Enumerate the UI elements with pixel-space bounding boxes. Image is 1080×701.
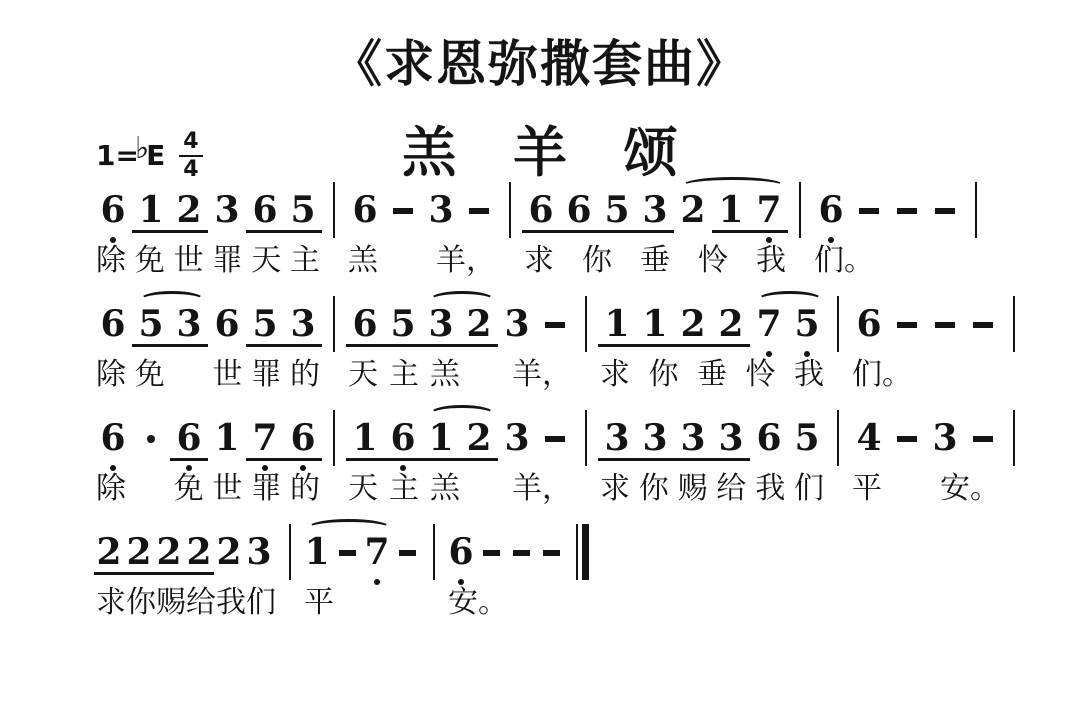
music-system: 612365除免世罪天主63羔 羊，6653217求你垂怜我6们。 xyxy=(88,190,1070,278)
note-digit: 6 xyxy=(346,304,384,344)
octave-dot-low xyxy=(400,465,406,471)
note: 3 xyxy=(636,190,674,230)
note-digit: 3 xyxy=(498,418,536,458)
note: 3 xyxy=(244,532,274,572)
beam-group: 11 xyxy=(598,304,674,347)
lyric-syllable: 羔 xyxy=(430,358,460,392)
lyric-syllable: 你 xyxy=(582,244,612,278)
music-system: 653653除免 世罪的65323天主羔 羊，112275求你垂怜我6们。 xyxy=(88,304,1070,392)
lyric-syllable: 安。 xyxy=(448,586,508,620)
final-barline xyxy=(576,524,589,580)
barline xyxy=(799,182,801,238)
barline xyxy=(333,410,335,466)
lyric-syllable: 的 xyxy=(290,358,320,392)
note-digit: 6 xyxy=(750,418,788,458)
note-digit: 6 xyxy=(812,190,850,230)
dash-sustain xyxy=(332,532,362,572)
note-digit: 2 xyxy=(460,418,498,458)
note: 6 xyxy=(750,418,788,458)
page-title: 《求恩弥撒套曲》 xyxy=(0,0,1080,96)
lyric-syllable: 平 xyxy=(852,472,882,506)
note-digit: 3 xyxy=(170,304,208,344)
note: 6 xyxy=(446,532,476,572)
lyric-syllable: 赐 xyxy=(156,586,186,620)
note-digit: 6 xyxy=(446,532,476,572)
dash-mark xyxy=(513,550,530,556)
measure: 112275求你垂怜我 xyxy=(592,304,832,392)
note-digit: 2 xyxy=(214,532,244,572)
note: 3 xyxy=(498,304,536,344)
notes-row: 16123 xyxy=(346,418,574,458)
note-digit: 2 xyxy=(94,532,124,572)
measure: 6们。 xyxy=(844,304,1008,392)
note: 3 xyxy=(170,304,208,344)
barline xyxy=(837,296,839,352)
measure: 612365除免世罪天主 xyxy=(88,190,328,278)
notes-row: 6653217 xyxy=(522,190,788,230)
note-digit: 6 xyxy=(384,418,422,458)
note: 3 xyxy=(208,190,246,230)
lyric-syllable: 求 xyxy=(600,358,630,392)
lyric-line: 求你垂怜我 xyxy=(522,244,788,278)
lyric-syllable: 罪 xyxy=(251,472,281,506)
note-digit: 3 xyxy=(926,418,964,458)
note: 5 xyxy=(284,190,322,230)
note: 7 xyxy=(750,190,788,230)
beam-group: 16 xyxy=(346,418,422,461)
dash-mark xyxy=(973,322,993,328)
lyric-syllable: 除 xyxy=(96,244,126,278)
lyric-syllable xyxy=(135,472,165,506)
note: 2 xyxy=(124,532,154,572)
beam-group: 53 xyxy=(246,304,322,347)
lyric-syllable: 垂 xyxy=(697,358,727,392)
dash-sustain xyxy=(850,190,888,230)
dash-mark xyxy=(935,208,955,214)
dash-sustain xyxy=(536,532,566,572)
lyric-syllable: 的 xyxy=(290,472,320,506)
note-digit: 3 xyxy=(636,190,674,230)
octave-dot-low xyxy=(458,579,464,585)
lyric-syllable: 我 xyxy=(755,472,785,506)
notes-row: 65323 xyxy=(346,304,574,344)
note-digit: 5 xyxy=(246,304,284,344)
note-digit: 5 xyxy=(384,304,422,344)
dash-mark xyxy=(543,550,560,556)
note-digit: 3 xyxy=(674,418,712,458)
notes-row: 6 xyxy=(812,190,964,230)
dash-sustain xyxy=(964,304,1002,344)
note-digit: 6 xyxy=(522,190,560,230)
note-digit: 5 xyxy=(598,190,636,230)
beam-group: 53 xyxy=(132,304,208,347)
lyric-syllable: 免 xyxy=(174,472,204,506)
dash-sustain xyxy=(888,304,926,344)
note: 6 xyxy=(812,190,850,230)
measure: 6们。 xyxy=(806,190,970,278)
note: 6 xyxy=(560,190,598,230)
note-digit: 6 xyxy=(284,418,322,458)
lyric-syllable: 罪 xyxy=(251,358,281,392)
note: 1 xyxy=(208,418,246,458)
lyric-syllable: 安。 xyxy=(940,472,1000,506)
slur-arc xyxy=(758,291,823,308)
slur-arc xyxy=(430,291,495,308)
barline xyxy=(333,182,335,238)
notes-row: 222223 xyxy=(94,532,278,572)
dash-mark xyxy=(393,208,413,214)
lyric-syllable: 羊， xyxy=(436,244,496,278)
beam-group: 6 xyxy=(170,418,208,461)
dash-sustain xyxy=(926,304,964,344)
note-digit: 5 xyxy=(788,418,826,458)
note: 6 xyxy=(246,190,284,230)
dash-mark xyxy=(973,436,993,442)
octave-dot-low xyxy=(766,237,772,243)
slur-arc xyxy=(682,177,785,194)
dash-sustain xyxy=(926,190,964,230)
lyric-syllable: 天 xyxy=(251,244,281,278)
note: 1 xyxy=(302,532,332,572)
beam-group: 22 xyxy=(154,532,214,575)
lyric-syllable: 们。 xyxy=(852,358,912,392)
dash-mark xyxy=(897,436,917,442)
octave-dot-low xyxy=(186,465,192,471)
note: 1 xyxy=(636,304,674,344)
measure: 65323天主羔 羊， xyxy=(340,304,580,392)
lyric-syllable: 羔 xyxy=(430,472,460,506)
lyric-syllable: 求 xyxy=(96,586,126,620)
dash-sustain xyxy=(476,532,506,572)
measure: 63羔 羊， xyxy=(340,190,504,278)
note-digit: 7 xyxy=(750,304,788,344)
beam-group: 65 xyxy=(346,304,422,347)
beam-group: 33 xyxy=(674,418,750,461)
lyric-syllable: 你 xyxy=(639,472,669,506)
note: 2 xyxy=(154,532,184,572)
note: 2 xyxy=(674,190,712,230)
lyric-syllable: 世 xyxy=(174,244,204,278)
note-digit: 3 xyxy=(208,190,246,230)
note: 6 xyxy=(346,190,384,230)
lyric-syllable: 给 xyxy=(186,586,216,620)
note: 2 xyxy=(170,190,208,230)
note: 6 xyxy=(850,304,888,344)
note-digit: 6 xyxy=(170,418,208,458)
lyric-line: 平 安。 xyxy=(850,472,1002,506)
measure: 66176除 免世罪的 xyxy=(88,418,328,506)
note: 6 xyxy=(94,418,132,458)
lyric-syllable: 怜 xyxy=(746,358,776,392)
lyric-syllable: 羊， xyxy=(512,472,572,506)
note-digit: 1 xyxy=(712,190,750,230)
dash-sustain xyxy=(888,418,926,458)
note: 2 xyxy=(94,532,124,572)
notes-row: 653653 xyxy=(94,304,322,344)
note: 3 xyxy=(422,190,460,230)
lyric-line: 求你垂怜我 xyxy=(598,358,826,392)
note-digit: 6 xyxy=(346,190,384,230)
note: 1 xyxy=(422,418,460,458)
measure: 653653除免 世罪的 xyxy=(88,304,328,392)
barline xyxy=(333,296,335,352)
dash-sustain xyxy=(888,190,926,230)
note-digit: 6 xyxy=(850,304,888,344)
note-digit: 3 xyxy=(422,304,460,344)
final-barline-thin xyxy=(576,524,578,580)
lyric-line: 除免世罪天主 xyxy=(94,244,322,278)
dash-sustain xyxy=(506,532,536,572)
dash-sustain xyxy=(964,418,1002,458)
barline xyxy=(433,524,435,580)
note: 7 xyxy=(750,304,788,344)
note: 2 xyxy=(184,532,214,572)
note: 3 xyxy=(598,418,636,458)
lyric-syllable: 主 xyxy=(389,472,419,506)
lyric-syllable: 罪 xyxy=(212,244,242,278)
final-barline-thick xyxy=(582,524,589,580)
dash-mark xyxy=(545,322,565,328)
augmentation-dot xyxy=(132,418,170,458)
music-system: 66176除 免世罪的16123天主羔 羊，333365求你赐给我们43平 安。 xyxy=(88,418,1070,506)
note: 5 xyxy=(384,304,422,344)
lyric-syllable: 除 xyxy=(96,358,126,392)
lyric-syllable: 我 xyxy=(756,244,786,278)
note: 6 xyxy=(384,418,422,458)
lyric-line: 天主羔 羊， xyxy=(346,472,574,506)
octave-dot-low xyxy=(110,237,116,243)
note: 3 xyxy=(926,418,964,458)
lyric-syllable: 怜 xyxy=(698,244,728,278)
lyric-syllable: 平 xyxy=(304,586,334,620)
lyric-syllable xyxy=(471,358,501,392)
lyric-syllable: 赐 xyxy=(678,472,708,506)
lyric-syllable xyxy=(392,244,422,278)
notes-row: 112275 xyxy=(598,304,826,344)
note: 6 xyxy=(208,304,246,344)
lyric-syllable: 羊， xyxy=(512,358,572,392)
beam-group: 17 xyxy=(712,190,788,233)
lyric-line: 除免 世罪的 xyxy=(94,358,322,392)
dash-sustain xyxy=(536,304,574,344)
lyric-syllable: 们。 xyxy=(814,244,874,278)
score: 612365除免世罪天主63羔 羊，6653217求你垂怜我6们。653653除… xyxy=(88,190,1070,646)
note: 3 xyxy=(422,304,460,344)
lyric-syllable: 我 xyxy=(216,586,246,620)
notes-row: 66176 xyxy=(94,418,322,458)
lyric-syllable: 你 xyxy=(649,358,679,392)
note: 3 xyxy=(284,304,322,344)
note: 6 xyxy=(170,418,208,458)
slur-arc xyxy=(308,519,390,536)
measure: 43平 安。 xyxy=(844,418,1008,506)
lyric-line: 求你赐给我们 xyxy=(94,586,278,620)
note: 2 xyxy=(460,304,498,344)
note-digit: 5 xyxy=(788,304,826,344)
time-signature: 4 4 xyxy=(179,130,202,181)
lyric-syllable: 天 xyxy=(348,358,378,392)
note-digit: 2 xyxy=(674,304,712,344)
note-digit: 6 xyxy=(94,190,132,230)
measure: 333365求你赐给我们 xyxy=(592,418,832,506)
notes-row: 6 xyxy=(446,532,566,572)
notes-row: 63 xyxy=(346,190,498,230)
dash-mark xyxy=(399,550,416,556)
beam-group: 12 xyxy=(422,418,498,461)
note-digit: 3 xyxy=(498,304,536,344)
dash-mark xyxy=(897,208,917,214)
note-digit: 1 xyxy=(346,418,384,458)
beam-group: 53 xyxy=(598,190,674,233)
lyric-syllable: 垂 xyxy=(640,244,670,278)
beam-group: 66 xyxy=(522,190,598,233)
lyric-syllable: 给 xyxy=(716,472,746,506)
measure: 17平 xyxy=(296,532,428,620)
lyric-line: 们。 xyxy=(812,244,964,278)
note-digit: 3 xyxy=(598,418,636,458)
note: 2 xyxy=(214,532,244,572)
dash-sustain xyxy=(536,418,574,458)
note-digit: 1 xyxy=(636,304,674,344)
octave-dot-low xyxy=(110,465,116,471)
lyric-syllable: 主 xyxy=(290,244,320,278)
octave-dot-low xyxy=(300,465,306,471)
note-digit: 6 xyxy=(560,190,598,230)
lyric-line: 们。 xyxy=(850,358,1002,392)
barline xyxy=(585,410,587,466)
key-prefix: 1= xyxy=(96,139,139,172)
note-digit: 6 xyxy=(246,190,284,230)
lyric-line: 求你赐给我们 xyxy=(598,472,826,506)
note: 3 xyxy=(636,418,674,458)
octave-dot-low xyxy=(766,351,772,357)
note: 5 xyxy=(788,304,826,344)
lyric-line: 天主羔 羊， xyxy=(346,358,574,392)
lyric-line: 羔 羊， xyxy=(346,244,498,278)
dash-sustain xyxy=(392,532,422,572)
lyric-syllable: 求 xyxy=(600,472,630,506)
beam-group: 65 xyxy=(246,190,322,233)
note-digit: 1 xyxy=(302,532,332,572)
note-digit: 7 xyxy=(246,418,284,458)
music-system: 222223求你赐给我们17平6安。 xyxy=(88,532,1070,620)
slur-arc xyxy=(430,405,495,422)
note-digit: 1 xyxy=(598,304,636,344)
note-digit: 3 xyxy=(244,532,274,572)
note-digit: 2 xyxy=(124,532,154,572)
lyric-syllable: 羔 xyxy=(348,244,378,278)
dash-sustain xyxy=(460,190,498,230)
notes-row: 612365 xyxy=(94,190,322,230)
note-digit: 7 xyxy=(362,532,392,572)
note: 7 xyxy=(362,532,392,572)
time-signature-denominator: 4 xyxy=(179,157,202,181)
lyric-line: 安。 xyxy=(446,586,566,620)
lyric-syllable xyxy=(471,472,501,506)
lyric-syllable: 天 xyxy=(348,472,378,506)
notes-row: 43 xyxy=(850,418,1002,458)
lyric-syllable: 免 xyxy=(135,358,165,392)
flat-accidental-icon: ♭ xyxy=(135,131,149,166)
dash-mark xyxy=(897,322,917,328)
note: 6 xyxy=(94,190,132,230)
note: 3 xyxy=(674,418,712,458)
barline xyxy=(1013,410,1015,466)
note: 2 xyxy=(674,304,712,344)
note-digit: 2 xyxy=(170,190,208,230)
note: 1 xyxy=(598,304,636,344)
time-signature-numerator: 4 xyxy=(179,130,202,157)
note: 3 xyxy=(498,418,536,458)
measure: 6安。 xyxy=(440,532,572,620)
note-digit: 1 xyxy=(422,418,460,458)
note: 6 xyxy=(346,304,384,344)
note-digit: 4 xyxy=(850,418,888,458)
note-digit: 2 xyxy=(674,190,712,230)
measure: 222223求你赐给我们 xyxy=(88,532,284,620)
lyric-line: 平 xyxy=(302,586,422,620)
lyric-syllable: 你 xyxy=(126,586,156,620)
octave-dot-low xyxy=(804,351,810,357)
note-digit: 1 xyxy=(132,190,170,230)
note-digit: 2 xyxy=(712,304,750,344)
note-digit: 2 xyxy=(460,304,498,344)
note: 7 xyxy=(246,418,284,458)
lyric-syllable: 求 xyxy=(524,244,554,278)
lyric-syllable: 免 xyxy=(135,244,165,278)
note: 1 xyxy=(712,190,750,230)
note: 5 xyxy=(246,304,284,344)
note-digit: 1 xyxy=(208,418,246,458)
dash-mark xyxy=(935,322,955,328)
note: 1 xyxy=(132,190,170,230)
lyric-syllable: 我 xyxy=(794,358,824,392)
note-digit: 6 xyxy=(208,304,246,344)
slur-arc xyxy=(140,291,205,308)
beam-group: 22 xyxy=(94,532,154,575)
measure: 6653217求你垂怜我 xyxy=(516,190,794,278)
key-signature: 1=♭E 4 4 xyxy=(96,130,203,181)
note: 5 xyxy=(598,190,636,230)
note: 1 xyxy=(346,418,384,458)
note: 5 xyxy=(788,418,826,458)
note-digit: 6 xyxy=(94,418,132,458)
lyric-syllable xyxy=(896,472,926,506)
note: 6 xyxy=(284,418,322,458)
barline xyxy=(289,524,291,580)
dash-mark xyxy=(859,208,879,214)
lyric-syllable xyxy=(174,358,204,392)
note: 5 xyxy=(132,304,170,344)
note-digit: 2 xyxy=(154,532,184,572)
note-digit: 3 xyxy=(284,304,322,344)
lyric-syllable: 除 xyxy=(96,472,126,506)
dash-sustain xyxy=(384,190,422,230)
note: 6 xyxy=(94,304,132,344)
dash-mark xyxy=(545,436,565,442)
measure: 16123天主羔 羊， xyxy=(340,418,580,506)
lyric-syllable: 们 xyxy=(246,586,276,620)
beam-group: 32 xyxy=(422,304,498,347)
note: 2 xyxy=(460,418,498,458)
note-digit: 2 xyxy=(184,532,214,572)
note-digit: 5 xyxy=(284,190,322,230)
note-digit: 5 xyxy=(132,304,170,344)
dash-mark xyxy=(339,550,356,556)
note-digit: 3 xyxy=(636,418,674,458)
octave-dot-low xyxy=(262,465,268,471)
note-digit: 3 xyxy=(712,418,750,458)
